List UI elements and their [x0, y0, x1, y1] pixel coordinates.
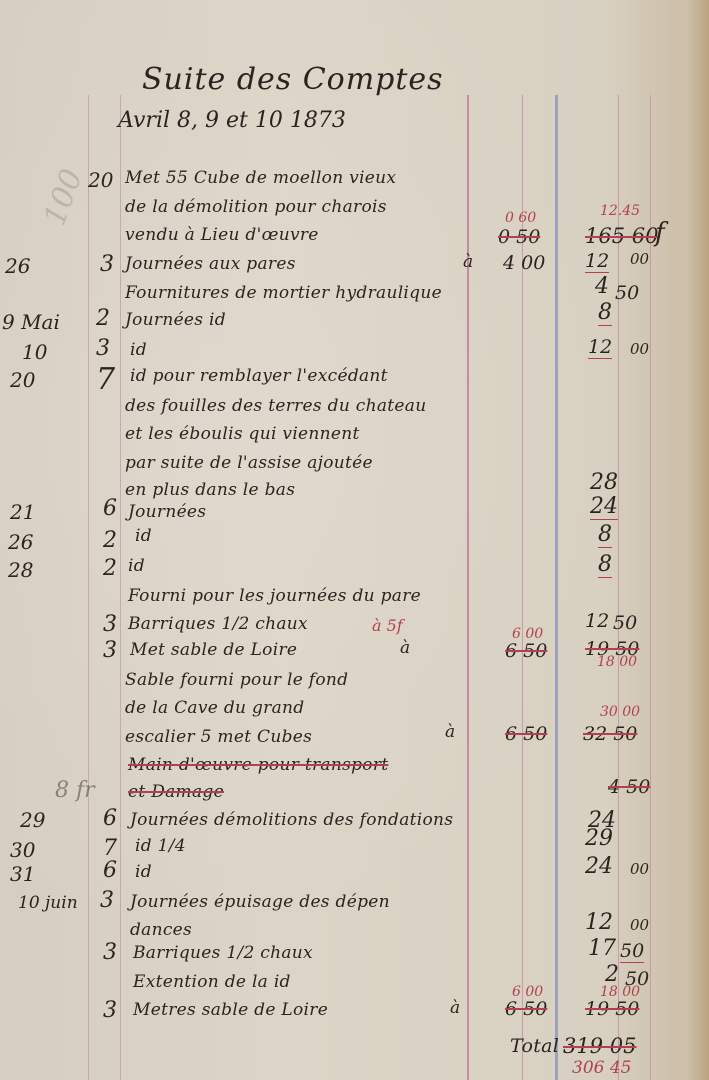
entry-description: et les éboulis qui viennent	[125, 424, 360, 444]
entry-quantity: 3	[103, 940, 117, 965]
total-amount: 4 50	[608, 776, 650, 798]
entry-quantity: 3	[100, 888, 114, 913]
unit-price: 6 50	[505, 998, 547, 1020]
total-amount: 8	[598, 300, 612, 326]
entry-description: dances	[130, 920, 192, 940]
total-cents: 00	[630, 916, 649, 934]
margin-rule-qty	[120, 95, 121, 1080]
rate-prefix: à	[445, 722, 455, 742]
entry-description: Journées id	[125, 310, 226, 330]
entry-description: id	[135, 526, 152, 546]
entry-description: id	[128, 556, 145, 576]
entry-quantity: 3	[100, 252, 114, 277]
entry-description: de la Cave du grand	[125, 698, 304, 718]
entry-quantity: 6	[103, 496, 117, 521]
entry-day: 31	[10, 862, 35, 886]
entry-description: des fouilles des terres du chateau	[125, 396, 426, 416]
ledger-page: 100 Suite des Comptes Avril 8, 9 et 10 1…	[0, 0, 709, 1080]
entry-description: vendu à Lieu d'œuvre	[125, 225, 319, 245]
total-amount: 8	[598, 552, 612, 578]
total-amount: 28	[590, 470, 618, 495]
entry-description: id	[135, 862, 152, 882]
unit-price: 4 00	[503, 252, 545, 274]
grand-total-correction: 306 45	[572, 1058, 631, 1078]
unit-price: 6 50	[505, 640, 547, 662]
total-amount: 12	[585, 610, 609, 632]
entry-quantity: 3	[103, 998, 117, 1023]
entry-day: 9 Mai	[2, 310, 60, 334]
entry-description: Met sable de Loire	[130, 640, 297, 660]
entry-description: Journées	[128, 502, 206, 522]
page-subtitle-date: Avril 8, 9 et 10 1873	[118, 108, 346, 133]
total-cents: 00	[630, 860, 649, 878]
entry-quantity: 7	[96, 362, 115, 397]
total-amount: 32 50	[583, 723, 637, 745]
total-correction: 12.45	[600, 203, 640, 219]
total-cents: 50	[615, 282, 639, 304]
entry-quantity: 2	[96, 306, 110, 331]
entry-day: 21	[10, 500, 35, 524]
entry-description: Journées aux pares	[125, 254, 296, 274]
entry-description: Fournitures de mortier hydraulique	[125, 283, 442, 303]
entry-quantity: 3	[103, 612, 117, 637]
total-cents: 00	[630, 340, 649, 358]
entry-quantity: 2	[103, 528, 117, 553]
entry-day: 20	[88, 168, 113, 192]
page-title: Suite des Comptes	[142, 62, 444, 97]
bleed-through-mark: 100	[37, 165, 89, 231]
entry-quantity: 6	[103, 806, 117, 831]
entry-day: 20	[10, 368, 35, 392]
entry-description: Extention de la id	[133, 972, 291, 992]
entry-description: id	[130, 340, 147, 360]
unit-price: 0 50	[498, 226, 540, 248]
total-amount: 12	[588, 336, 612, 359]
total-extra-mark: f	[655, 218, 665, 248]
entry-quantity: 3	[103, 638, 117, 663]
entry-description: id 1/4	[135, 836, 186, 856]
entry-day: 29	[20, 808, 45, 832]
entry-description: Barriques 1/2 chaux	[133, 943, 313, 963]
rate-prefix: à	[400, 638, 410, 658]
entry-quantity: 6	[103, 858, 117, 883]
entry-description: Met 55 Cube de moellon vieux	[125, 168, 396, 188]
grand-total: 319 05	[563, 1034, 636, 1058]
entry-description: Sable fourni pour le fond	[125, 670, 348, 690]
total-amount: 8	[598, 522, 612, 548]
rule-blue-divider	[555, 95, 558, 1080]
total-label: Total	[510, 1035, 559, 1057]
margin-pencil-note: 8 fr	[55, 778, 95, 803]
total-amount: 29	[585, 826, 613, 851]
entry-description: par suite de l'assise ajoutée	[125, 453, 373, 473]
total-amount: 12	[585, 250, 609, 273]
entry-description: escalier 5 met Cubes	[125, 727, 312, 747]
total-amount: 17	[588, 936, 616, 961]
total-amount: 4	[595, 274, 609, 299]
entry-description: en plus dans le bas	[125, 480, 295, 500]
total-amount: 165 60	[585, 224, 658, 248]
rate-prefix: à	[450, 998, 460, 1018]
entry-description: id pour remblayer l'excédant	[130, 366, 388, 386]
entry-description: de la démolition pour charois	[125, 197, 387, 217]
entry-description: Barriques 1/2 chaux	[128, 614, 308, 634]
total-cents: 00	[630, 250, 649, 268]
total-amount: 24	[590, 494, 618, 520]
total-cents: 50	[620, 940, 644, 963]
entry-day: 28	[8, 558, 33, 582]
entry-quantity: 3	[96, 336, 110, 361]
total-amount: 24	[585, 854, 613, 879]
entry-description-struck: et Damage	[128, 782, 224, 802]
entry-description: Journées épuisage des dépen	[130, 892, 390, 912]
entry-description: Fourni pour les journées du pare	[128, 586, 421, 606]
entry-day: 30	[10, 838, 35, 862]
total-correction: 30 00	[600, 704, 640, 720]
entry-day: 26	[8, 530, 33, 554]
entry-description: Metres sable de Loire	[133, 1000, 328, 1020]
unit-price-correction: 0 60	[505, 210, 536, 226]
total-cents: 50	[613, 612, 637, 634]
entry-description: Journées démolitions des fondations	[130, 810, 453, 830]
total-correction: 18 00	[597, 654, 637, 670]
entry-day: 10 juin	[18, 893, 78, 913]
entry-day: 26	[5, 254, 30, 278]
rate-prefix: à	[463, 252, 473, 272]
entry-day: 10	[22, 340, 47, 364]
rate-note: à 5f	[372, 616, 403, 635]
total-amount: 19 50	[585, 998, 639, 1020]
entry-quantity: 2	[103, 556, 117, 581]
unit-price: 6 50	[505, 723, 547, 745]
entry-description-struck: Main d'œuvre pour transport	[128, 755, 388, 775]
total-amount: 12	[585, 910, 613, 935]
margin-rule-date	[88, 95, 89, 1080]
rule-description-end	[467, 95, 469, 1080]
